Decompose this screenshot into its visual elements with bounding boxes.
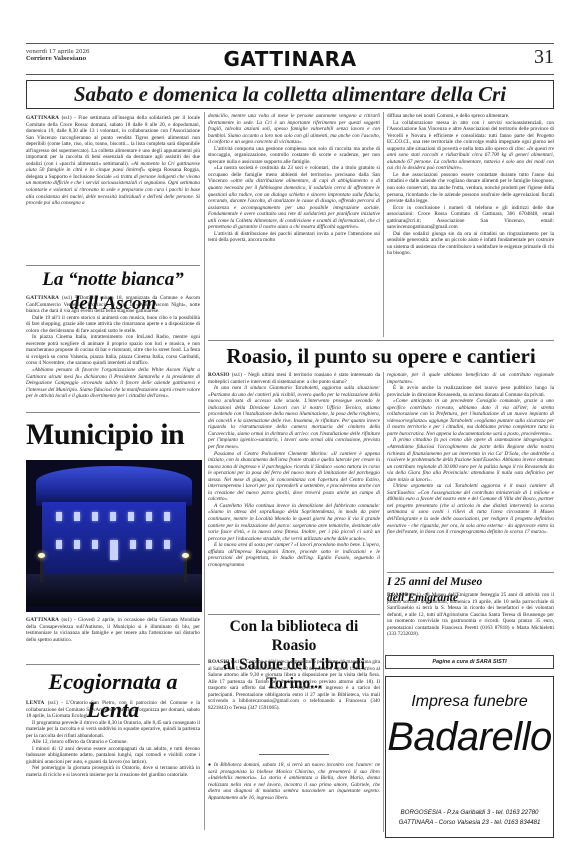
paragraph: - Fine settimana all'insegna della solid…	[26, 115, 200, 167]
quote: «Abbiamo pensato di favorire l'organizza…	[26, 367, 200, 400]
paragraph: Nel pomeriggio la giornata proseguirà in…	[26, 765, 200, 778]
roasio-headline: Roasio, il punto su opere e cantieri	[208, 342, 554, 370]
roasio-col-1: ROASIO (ss1) - Negli ultimi mesi il terr…	[208, 372, 380, 568]
notte-bianca-article: GATTINARA (ss1) - Domani, sabato 18, org…	[26, 295, 200, 400]
section-divider	[208, 614, 380, 615]
dateline: ROASIO	[208, 659, 230, 665]
paragraph: Il primo cittadino fa poi cenno alle ope…	[387, 437, 554, 483]
museo-article: ROASIO (ss1) - Il Museo dell'Emigrante f…	[387, 592, 554, 638]
paragraph: È in avvio anche la realizzazione del nu…	[387, 385, 554, 398]
bullet-icon: ●	[208, 762, 212, 768]
column-divider	[204, 265, 205, 830]
main-headline: Sabato e domenica la colletta alimentare…	[26, 80, 554, 109]
colletta-col-2: domicilio, mentre una volta al mese le p…	[208, 113, 380, 244]
dateline: ROASIO	[208, 372, 230, 378]
column-divider	[383, 372, 384, 832]
paragraph: «Come anticipato in un precedente Consig…	[387, 398, 554, 437]
section-divider	[26, 412, 200, 413]
section-divider	[26, 265, 200, 266]
byline: (ss1)	[62, 295, 72, 301]
paragraph: In piazza Cinema Italia, intrattenimento…	[26, 334, 200, 367]
dateline: LENTA	[26, 700, 45, 706]
ad-address-2: GATTINARA - Corso Valsesia 23 - tel. 016…	[386, 819, 553, 826]
paragraph: A Castelletto Villa continua invece la d…	[208, 503, 380, 542]
section-divider	[208, 340, 554, 341]
ecogiornata-article: LENTA (ss1) - L'Oratorio San Pietro, con…	[26, 700, 200, 779]
section-divider	[387, 572, 554, 573]
paragraph: Il programma prevede il ritrovo alle 8,3…	[26, 720, 200, 740]
paragraph: domicilio, mentre una volta al mese le p…	[208, 113, 380, 146]
paragraph: In una nota il sindaco Gianmario Tarabol…	[208, 385, 380, 450]
colletta-col-1: GATTINARA (ss1) - Fine settimana all'ins…	[26, 115, 200, 207]
page-number: 31	[534, 46, 554, 69]
paragraph: - Il Museo dell'Emigrante festeggia 25 a…	[387, 592, 554, 637]
section-divider	[26, 664, 200, 665]
ad-address-1: BORGOSESIA - P.za Garibaldi 3 - tel. 016…	[386, 809, 553, 816]
municipio-photo	[26, 460, 202, 612]
column-divider	[383, 112, 384, 337]
newspaper-page: venerdì 17 aprile 2026 Corriere Valsesia…	[26, 0, 554, 860]
separator	[259, 754, 329, 755]
dateline: GATTINARA	[26, 115, 59, 121]
paragraph: L'attività comporta una gestione comples…	[208, 146, 380, 166]
biblioteca-note: ● In Biblioteca domani, sabato 18, si te…	[208, 762, 380, 801]
paragraph: In Biblioteca domani, sabato 18, si terr…	[208, 762, 380, 801]
masthead: venerdì 17 aprile 2026 Corriere Valsesia…	[26, 43, 554, 75]
paragraph: E la nuova area di sosta per camper? «I …	[208, 542, 380, 568]
headline-line: Con la biblioteca di Roasio	[208, 617, 380, 655]
paragraph: Passiamo al Centro Polivalente Clemente …	[208, 451, 380, 503]
paragraph: I minori di 12 anni devono essere accomp…	[26, 746, 200, 766]
byline: (ss1)	[232, 372, 242, 378]
paragraph: - Comune e biblioteca organizzano per sa…	[208, 659, 380, 711]
advertisement: Impresa funebre Badarello BORGOSESIA - P…	[385, 676, 554, 838]
byline: (ss1)	[48, 700, 58, 706]
ad-subtitle: Impresa funebre	[386, 693, 553, 711]
paragraph: Le due associazioni possono essere conta…	[387, 172, 554, 205]
colletta-col-3: diffusa anche nei nostri Comuni, e dello…	[387, 113, 554, 257]
paragraph: regionale, per il quale abbiamo benefici…	[387, 372, 554, 385]
byline: (ss1)	[62, 617, 72, 623]
paragraph: Ultimo argomento su cui Taraboletti aggi…	[387, 483, 554, 535]
dateline: GATTINARA	[26, 617, 59, 623]
roasio-col-2: regionale, per il quale abbiamo benefici…	[387, 372, 554, 536]
editor-credit: Pagine a cura di SARA SISTI	[385, 655, 554, 669]
byline: (ss1)	[62, 115, 72, 121]
quote: «oltre alla distribuzione alimentare, di…	[208, 178, 380, 230]
paragraph: Dalle 19 all'1 il centro storico si anim…	[26, 315, 200, 335]
dateline: ROASIO	[387, 592, 409, 598]
biblioteca-article: ROASIO (ss1) - Comune e biblioteca organ…	[208, 659, 380, 711]
paragraph: L'attività di distribuzione dei pacchi a…	[208, 231, 380, 244]
municipio-caption: GATTINARA (ss1) - Giovedì 2 aprile, in o…	[26, 617, 200, 643]
byline: (ss1)	[411, 592, 421, 598]
section-title: GATTINARA	[26, 47, 554, 71]
paragraph: Dai due sodalizi giunga sin da ora ai ci…	[387, 231, 554, 257]
dateline: GATTINARA	[26, 295, 59, 301]
paragraph: Ecco in conclusione i numeri di telefono…	[387, 205, 554, 231]
ad-brand: Badarello	[386, 715, 553, 760]
byline: (ss1)	[231, 659, 241, 665]
